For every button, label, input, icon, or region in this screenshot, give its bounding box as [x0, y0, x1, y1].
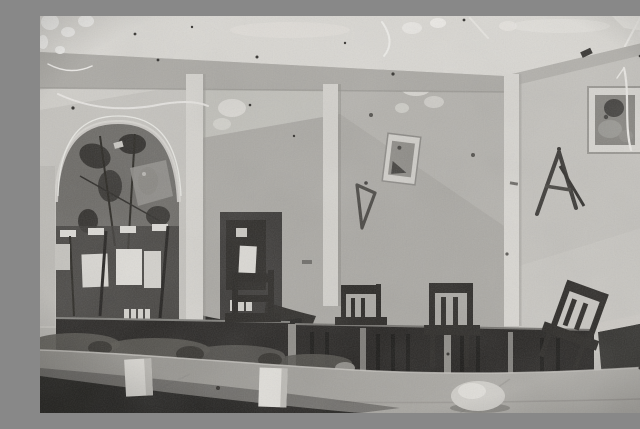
- photo-canvas: [40, 16, 640, 413]
- vignette: [40, 16, 640, 413]
- vintage-classroom-photo: Vintage black-and-white photograph of an…: [40, 16, 640, 413]
